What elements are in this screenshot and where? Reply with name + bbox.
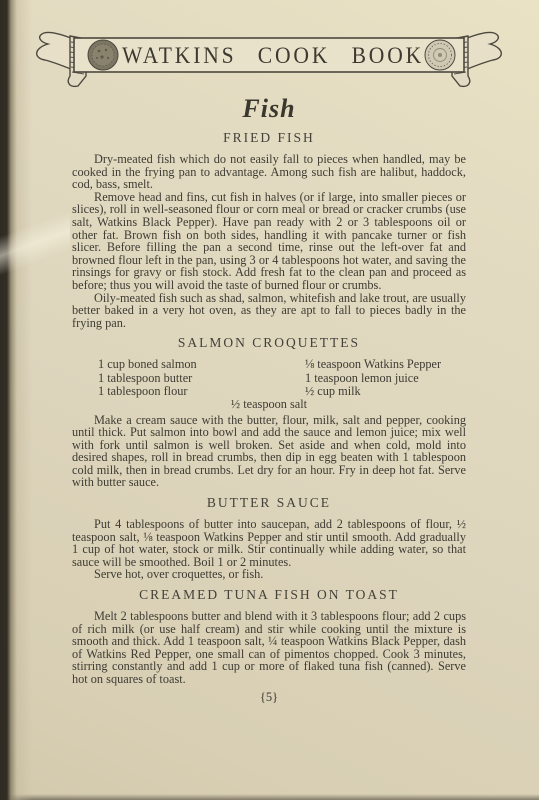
watkins-right-seal-icon [425,40,455,70]
paper-crease [0,170,70,310]
ingredient-item: 1 tablespoon butter [72,372,278,385]
recipe-heading: CREAMED TUNA FISH ON TOAST [72,587,466,603]
ingredient-list: 1 cup boned salmon ⅛ teaspoon Watkins Pe… [72,358,466,411]
ingredient-item: 1 tablespoon flour [72,385,278,398]
recipe-heading: FRIED FISH [72,130,466,146]
recipe-heading: BUTTER SAUCE [72,495,466,511]
recipe-paragraph: Oily-meated fish such as shad, salmon, w… [72,292,466,330]
page-content: Fish FRIED FISH Dry-meated fish which do… [72,94,466,705]
recipe-salmon-croquettes: SALMON CROQUETTES 1 cup boned salmon ⅛ t… [72,335,466,489]
ingredient-item-centered: ½ teaspoon salt [72,398,466,411]
recipe-heading: SALMON CROQUETTES [72,335,466,351]
recipe-fried-fish: FRIED FISH Dry-meated fish which do not … [72,130,466,329]
recipe-paragraph: Remove head and fins, cut fish in halves… [72,191,466,292]
watkins-left-seal-icon [88,40,118,70]
section-title: Fish [72,94,466,124]
banner: WATKINS COOK BOOK [22,26,516,96]
cookbook-page-scan: WATKINS COOK BOOK Fish FRIED FISH Dry-me… [0,0,539,800]
recipe-creamed-tuna: CREAMED TUNA FISH ON TOAST Melt 2 tables… [72,587,466,686]
page-number: {5} [72,690,466,705]
ingredient-item: ½ cup milk [278,385,466,398]
recipe-butter-sauce: BUTTER SAUCE Put 4 tablespoons of butter… [72,495,466,581]
recipe-paragraph: Put 4 tablespoons of butter into saucepa… [72,518,466,568]
ingredient-row: 1 tablespoon flour ½ cup milk [72,385,466,398]
ingredient-item: ⅛ teaspoon Watkins Pepper [278,358,466,371]
ingredient-item: 1 teaspoon lemon juice [278,372,466,385]
ingredient-row: 1 tablespoon butter 1 teaspoon lemon jui… [72,372,466,385]
recipe-paragraph: Serve hot, over croquettes, or fish. [72,568,466,581]
banner-title: WATKINS COOK BOOK [122,43,424,68]
recipe-paragraph: Make a cream sauce with the butter, flou… [72,414,466,490]
recipe-paragraph: Dry-meated fish which do not easily fall… [72,153,466,191]
banner-ribbon-art: WATKINS COOK BOOK [22,26,516,96]
ingredient-row: 1 cup boned salmon ⅛ teaspoon Watkins Pe… [72,358,466,371]
recipe-paragraph: Melt 2 tablespoons butter and blend with… [72,610,466,686]
ingredient-item: 1 cup boned salmon [72,358,278,371]
